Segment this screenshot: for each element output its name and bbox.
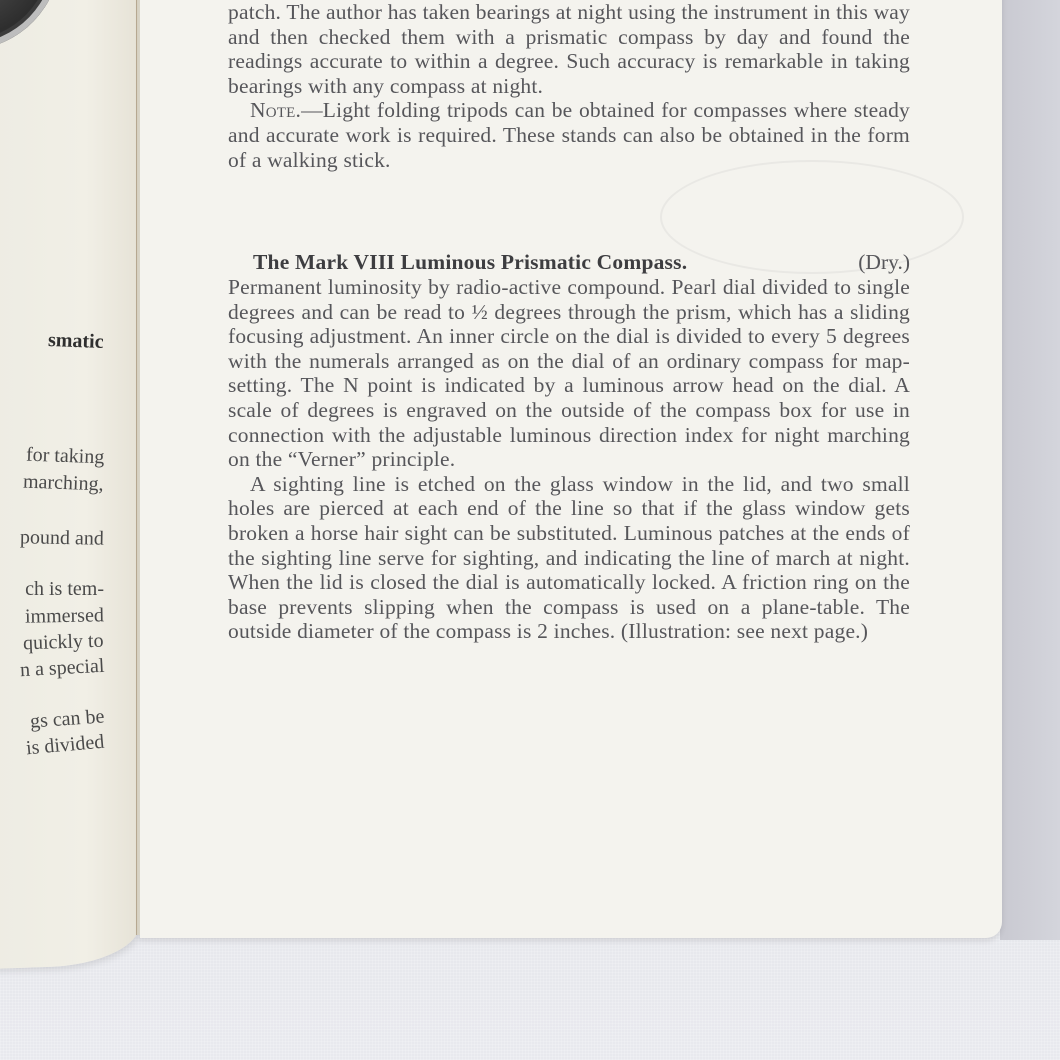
left-text-fragment: marching, xyxy=(23,471,104,497)
right-page: patch. The author has taken bearings at … xyxy=(140,0,1002,938)
section-body: Permanent luminosity by radio-active com… xyxy=(228,275,910,644)
left-text-fragment: for taking xyxy=(25,444,104,470)
left-text-fragment: ch is tem- xyxy=(25,578,104,601)
continued-paragraph: patch. The author has taken bearings at … xyxy=(228,0,910,98)
section-paragraph-1: Permanent luminosity by radio-active com… xyxy=(228,275,910,472)
left-page-text-fragments: smatic for taking marching, pound and ch… xyxy=(0,0,104,1060)
section-type-label: (Dry.) xyxy=(858,250,910,275)
left-text-fragment: immersed xyxy=(25,604,104,628)
left-text-fragment: smatic xyxy=(48,329,104,354)
section-heading: The Mark VIII Luminous Prismatic Compass… xyxy=(253,250,910,275)
left-text-fragment: gs can be xyxy=(29,705,105,733)
left-text-fragment: is divided xyxy=(25,731,105,761)
page-edge-shadow xyxy=(1000,0,1060,940)
left-text-fragment: quickly to xyxy=(23,630,104,656)
left-text-fragment: pound and xyxy=(20,526,104,550)
section-title: The Mark VIII Luminous Prismatic Compass… xyxy=(253,250,687,275)
top-text-block: patch. The author has taken bearings at … xyxy=(228,0,910,172)
section-paragraph-2: A sighting line is etched on the glass w… xyxy=(228,472,910,644)
note-text: —Light folding tripods can be obtained f… xyxy=(228,98,910,171)
note-paragraph: Note.—Light folding tripods can be obtai… xyxy=(228,98,910,172)
note-label: Note. xyxy=(250,98,301,122)
left-text-fragment: n a special xyxy=(19,655,104,682)
